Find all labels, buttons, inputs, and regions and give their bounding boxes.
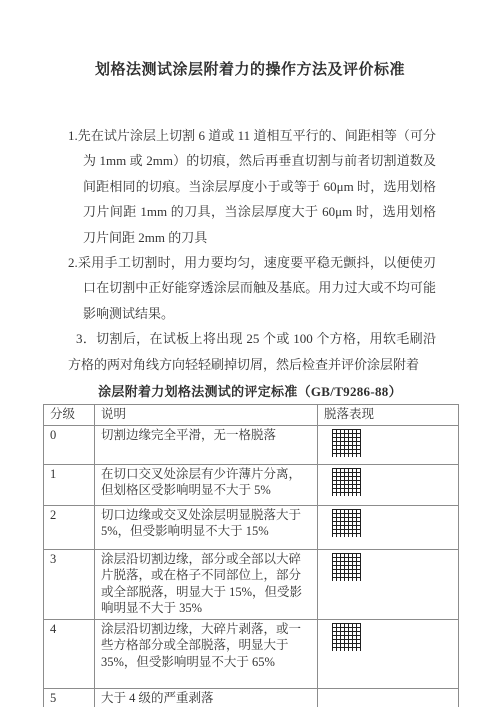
table-row: 3 涂层沿切割边缘，部分或全部以大碎片脱落，或在格子不同部位上，部分或全部脱落，… bbox=[44, 549, 459, 619]
table-row: 0 切割边缘完全平滑，无一格脱落 bbox=[44, 425, 459, 464]
grade-value: 3 bbox=[50, 552, 56, 566]
rating-table-body: 0 切割边缘完全平滑，无一格脱落 1 在切口交叉处涂层有少许薄片分离，但划格区受… bbox=[44, 425, 459, 707]
table-header-row: 分级 说明 脱落表现 bbox=[44, 405, 459, 426]
crosshatch-grid-icon bbox=[332, 509, 363, 537]
crosshatch-grid-icon bbox=[332, 623, 363, 651]
step-text: 先在试片涂层上切割 6 道或 11 道相互平行的、间距相等（可分为 1mm 或 … bbox=[78, 128, 436, 245]
column-header-pattern: 脱落表现 bbox=[318, 405, 459, 426]
grade-value: 0 bbox=[50, 428, 56, 442]
grade-description: 在切口交叉处涂层有少许薄片分离，但划格区受影响明显不大于 5% bbox=[101, 467, 301, 498]
grade-description: 切口边缘或交叉处涂层明显脱落大于 5%，但受影响明显不大于 15% bbox=[101, 508, 301, 539]
procedure-step-2: 2.采用手工切割时，用力要均匀，速度要平稳无颤抖，以便使刃口在切割中正好能穿透涂… bbox=[68, 250, 436, 326]
grade-description: 涂层沿切割边缘，部分或全部以大碎片脱落，或在格子不同部位上，部分或全部脱落，明显… bbox=[101, 552, 302, 616]
grade-description: 涂层沿切割边缘，大碎片剥落，或一些方格部分或全部脱落，明显大于 35%，但受影响… bbox=[101, 622, 301, 669]
grade-description: 大于 4 级的严重剥落 bbox=[101, 691, 214, 705]
grade-value: 4 bbox=[50, 622, 56, 636]
grade-description: 切割边缘完全平滑，无一格脱落 bbox=[101, 428, 276, 442]
step-text: 采用手工切割时，用力要均匀，速度要平稳无颤抖，以便使刃口在切割中正好能穿透涂层而… bbox=[78, 255, 436, 321]
table-row: 4 涂层沿切割边缘，大碎片剥落，或一些方格部分或全部脱落，明显大于 35%，但受… bbox=[44, 619, 459, 688]
table-row: 2 切口边缘或交叉处涂层明显脱落大于 5%，但受影响明显不大于 15% bbox=[44, 505, 459, 549]
table-row: 1 在切口交叉处涂层有少许薄片分离，但划格区受影响明显不大于 5% bbox=[44, 464, 459, 505]
procedure-text: 1.先在试片涂层上切割 6 道或 11 道相互平行的、间距相等（可分为 1mm … bbox=[68, 123, 436, 377]
step-number: 1. bbox=[68, 128, 78, 143]
step-number: 2. bbox=[68, 255, 78, 270]
grade-value: 1 bbox=[50, 467, 56, 481]
table-row: 5 大于 4 级的严重剥落 bbox=[44, 688, 459, 707]
step-text: 切割后，在试板上将出现 25 个或 100 个方格，用软毛刷沿方格的两对角线方向… bbox=[68, 331, 436, 371]
procedure-step-3: 3．切割后，在试板上将出现 25 个或 100 个方格，用软毛刷沿方格的两对角线… bbox=[68, 326, 436, 377]
grade-value: 5 bbox=[50, 691, 56, 705]
crosshatch-grid-icon bbox=[332, 429, 363, 457]
rating-table: 分级 说明 脱落表现 0 切割边缘完全平滑，无一格脱落 1 在切口交叉处涂层有少… bbox=[43, 404, 459, 707]
grade-value: 2 bbox=[50, 508, 56, 522]
crosshatch-grid-icon bbox=[332, 468, 363, 496]
page-title: 划格法测试涂层附着力的操作方法及评价标准 bbox=[0, 0, 500, 79]
procedure-step-1: 1.先在试片涂层上切割 6 道或 11 道相互平行的、间距相等（可分为 1mm … bbox=[68, 123, 436, 250]
crosshatch-grid-icon bbox=[332, 553, 363, 581]
column-header-description: 说明 bbox=[95, 405, 318, 426]
column-header-grade: 分级 bbox=[44, 405, 95, 426]
document-page: 划格法测试涂层附着力的操作方法及评价标准 1.先在试片涂层上切割 6 道或 11… bbox=[0, 0, 500, 707]
table-title: 涂层附着力划格法测试的评定标准（GB/T9286-88） bbox=[0, 381, 500, 400]
step-number: 3． bbox=[76, 331, 96, 346]
